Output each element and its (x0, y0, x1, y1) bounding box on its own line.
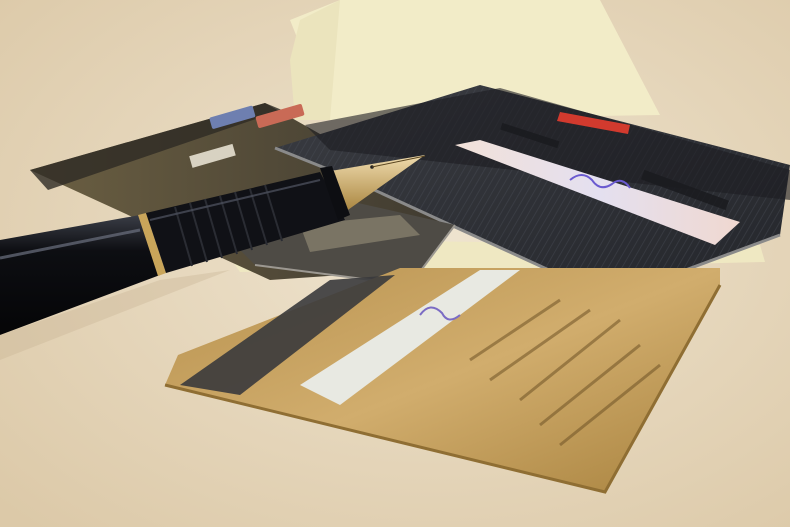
photo-illustration (0, 0, 790, 527)
photo-scene (0, 0, 790, 527)
